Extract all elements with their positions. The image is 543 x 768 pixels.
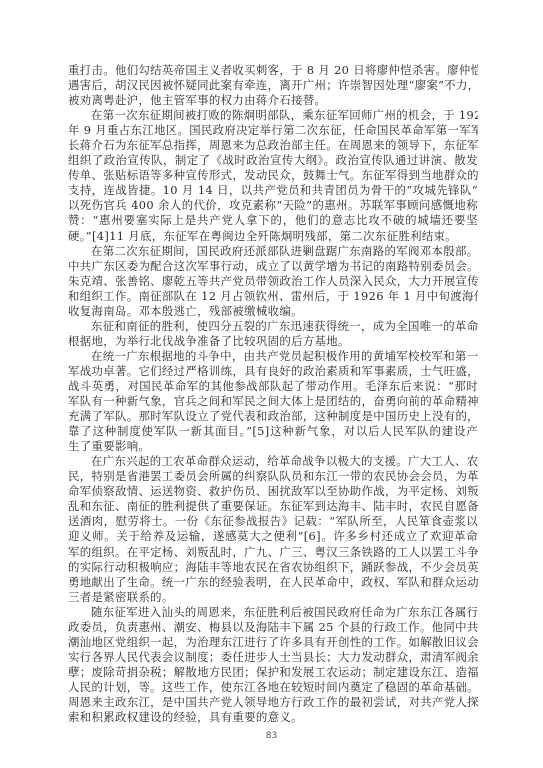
text-line: 周恩来主政东江，是中国共产党人领导地方行政工作的最初尝试，对共产党人探: [68, 695, 478, 710]
text-line: 年 9 月重占东江地区。国民政府决定举行第二次东征，任命国民革命军第一军军: [68, 123, 478, 138]
text-line: 传单、张贴标语等多种宣传形式，发动民众，鼓舞士气。东征军得到当地群众的: [68, 168, 478, 183]
paragraph-7: 随东征军进入汕头的周恩来，东征胜利后被国民政府任命为广东东江各属行 政委员，负责…: [68, 605, 478, 725]
text-line: 人民的计划，等。这些工作，使东江各地在较短时间内奠定了稳固的革命基础。: [68, 680, 478, 695]
text-line: 三者是紧密联系的。: [68, 590, 478, 605]
paragraph-4: 东征和南征的胜利，使四分五裂的广东迅速获得统一，成为全国唯一的革命 根据地，为举…: [68, 319, 478, 349]
text-line: 在第二次东征期间，国民政府还派部队进剿盘踞广东南路的军阀邓本殷部。: [68, 244, 478, 259]
text-line: 乱和东征、南征的胜利提供了重要保证。东征军到达海丰、陆丰时，农民自愿备: [68, 499, 478, 514]
text-line: 遇害后，胡汉民因被怀疑同此案有牵连，离开广州；许崇智因处理“廖案”不力，: [68, 78, 478, 93]
paragraph-3: 在第二次东征期间，国民政府还派部队进剿盘踞广东南路的军阀邓本殷部。 中共广东区委…: [68, 244, 478, 319]
text-line: 以死伤官兵 400 余人的代价，攻克素称“天险”的惠州。苏联军事顾问感慨地称: [68, 198, 478, 213]
paragraph-1: 重打击。他们勾结英帝国主义者收买刺客，于 8 月 20 日将廖仲恺杀害。廖仲恺 …: [68, 63, 478, 108]
text-line: 充满了军队。那时军队设立了党代表和政治部，这种制度是中国历史上没有的，: [68, 409, 478, 424]
text-line: 生了重要影响。: [68, 439, 478, 454]
text-line: 组织了政治宣传队，制定了《战时政治宣传大纲》。政治宣传队通过讲演、散发: [68, 153, 478, 168]
text-line: 军队有一种新气象，官兵之间和军民之间大体上是团结的，奋勇向前的革命精神: [68, 394, 478, 409]
text-line: 送酒肉，慰劳将士。一份《东征参战报告》记载：“军队所至，人民箪食壶浆以: [68, 514, 478, 529]
text-line: 朱克靖、张善铭、廖乾五等共产党员带领政治工作人员深入民众，大力开展宣传: [68, 274, 478, 289]
page-number: 83: [0, 731, 543, 741]
text-line: 和组织工作。南征部队在 12 月占领钦州、雷州后，于 1926 年 1 月中旬渡…: [68, 289, 478, 304]
paragraph-2: 在第一次东征期间被打败的陈炯明部队，乘东征军回师广州的机会，于 1925 年 9…: [68, 108, 478, 243]
text-line: 在第一次东征期间被打败的陈炯明部队，乘东征军回师广州的机会，于 1925: [68, 108, 478, 123]
text-line: 在广东兴起的工农革命群众运动，给革命战争以极大的支援。广大工人、农: [68, 454, 478, 469]
text-line: 命军侦察敌情、运送物资、救护伤员、困扰敌军以至协助作战，为平定杨、刘叛: [68, 484, 478, 499]
text-line: 民，特别是省港罢工委员会所属的纠察队队员和东江一带的农民协会会员，为革: [68, 469, 478, 484]
text-line: 索和积累政权建设的经验，具有重要的意义。: [68, 710, 478, 725]
text-line: 实行各界人民代表会议制度；委任进步人士当县长；大力发动群众，肃清军阀余: [68, 650, 478, 665]
text-line: 被劝离粤赴沪，他主管军事的权力由蒋介石接替。: [68, 93, 478, 108]
text-line: 长蒋介石为东征军总指挥，周恩来为总政治部主任。在周恩来的领导下，东征军: [68, 138, 478, 153]
text-line: 在统一广东根据地的斗争中，由共产党员起积极作用的黄埔军校校军和第一: [68, 349, 478, 364]
text-line: 迎义师。关于给养及运输，遂感莫大之便利”[6]。许多乡村还成立了欢迎革命: [68, 529, 478, 544]
text-line: 军的组织。在平定杨、刘叛乱时，广九、广三、粤汉三条铁路的工人以罢工斗争: [68, 545, 478, 560]
text-line: 政委员，负责惠州、潮安、梅县以及海陆丰下属 25 个县的行政工作。他同中共: [68, 620, 478, 635]
text-line: 的实际行动积极响应；海陆丰等地农民在省农协组织下，踊跃参战，不少会员英: [68, 560, 478, 575]
text-line: 硬。”[4]11 月底，东征军在粤闽边全歼陈炯明残部，第二次东征胜利结束。: [68, 229, 478, 244]
text-line: 重打击。他们勾结英帝国主义者收买刺客，于 8 月 20 日将廖仲恺杀害。廖仲恺: [68, 63, 478, 78]
text-line: 军战功卓著。它们经过严格训练，具有良好的政治素质和军事素质，士气旺盛，: [68, 364, 478, 379]
paragraph-5: 在统一广东根据地的斗争中，由共产党员起积极作用的黄埔军校校军和第一 军战功卓著。…: [68, 349, 478, 454]
text-line: 靠了这种制度使军队一新其面目。”[5]这种新气象，对以后人民军队的建设产: [68, 424, 478, 439]
text-line: 战斗英勇，对国民革命军的其他参战部队起了带动作用。毛泽东后来说：“那时: [68, 379, 478, 394]
text-line: 潮汕地区党组织一起，为治理东江进行了许多具有开创性的工作。如解散旧议会，: [68, 635, 478, 650]
text-line: 支持，连战皆捷。10 月 14 日，以共产党员和共青团员为骨干的“攻城先锋队”: [68, 183, 478, 198]
text-line: 勇地献出了生命。统一广东的经验表明，在人民革命中，政权、军队和群众运动: [68, 575, 478, 590]
paragraph-6: 在广东兴起的工农革命群众运动，给革命战争以极大的支援。广大工人、农 民，特别是省…: [68, 454, 478, 604]
text-line: 根据地，为举行北伐战争准备了比较巩固的后方基地。: [68, 334, 478, 349]
document-body: 重打击。他们勾结英帝国主义者收买刺客，于 8 月 20 日将廖仲恺杀害。廖仲恺 …: [68, 63, 478, 725]
text-line: 随东征军进入汕头的周恩来，东征胜利后被国民政府任命为广东东江各属行: [68, 605, 478, 620]
text-line: 东征和南征的胜利，使四分五裂的广东迅速获得统一，成为全国唯一的革命: [68, 319, 478, 334]
text-line: 孽；废除苛捐杂税；解散地方民团；保护和发展工农运动；制定建设东江、造福: [68, 665, 478, 680]
text-line: 收复海南岛。邓本殷逃亡，残部被缴械收编。: [68, 304, 478, 319]
text-line: 中共广东区委为配合这次军事行动，成立了以黄学增为书记的南路特别委员会。: [68, 259, 478, 274]
text-line: 赞：“惠州要塞实际上是共产党人拿下的，他们的意志比攻不破的城墙还要坚: [68, 213, 478, 228]
